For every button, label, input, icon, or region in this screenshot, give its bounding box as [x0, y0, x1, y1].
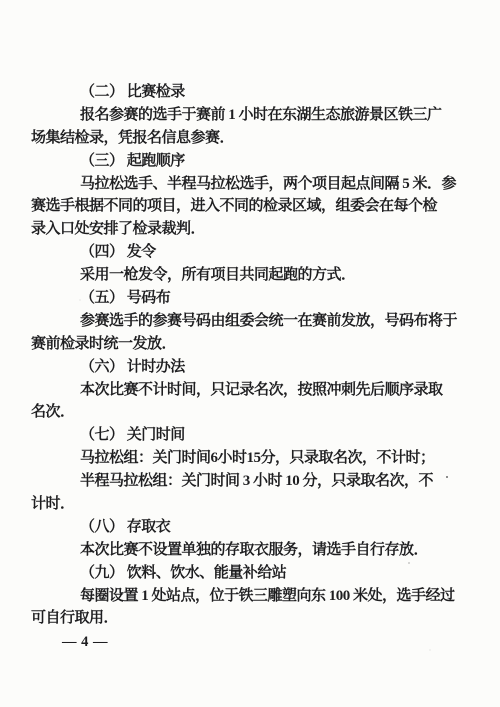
- document-text-block: （二） 比赛检录 报名参赛的选手于赛前 1 小时在东湖生态旅游景区铁三广 场集结…: [31, 81, 445, 630]
- section-heading: （二） 比赛检录: [31, 81, 445, 104]
- section-heading: （八） 存取衣: [31, 516, 445, 539]
- text-line: 马拉松选手、半程马拉松选手，两个项目起点间隔 5 米．参: [31, 173, 445, 196]
- text-line: 赛选手根据不同的项目，进入不同的检录区域，组委会在每个检: [31, 195, 445, 218]
- text-line: 半程马拉松组：关门时间 3 小时 10 分，只录取名次，不: [31, 470, 445, 493]
- text-line: 本次比赛不计时间，只记录名次，按照冲刺先后顺序录取: [31, 379, 445, 402]
- text-line: 每圈设置 1 处站点，位于铁三雕塑向东 100 米处，选手经过: [31, 585, 445, 608]
- text-line: 参赛选手的参赛号码由组委会统一在赛前发放，号码布将于: [31, 310, 445, 333]
- text-line: 录入口处安排了检录裁判．: [31, 218, 445, 241]
- section-heading: （七） 关门时间: [31, 424, 445, 447]
- text-line: 赛前检录时统一发放．: [31, 333, 445, 356]
- text-line: 报名参赛的选手于赛前 1 小时在东湖生态旅游景区铁三广: [31, 104, 445, 127]
- page-number: — 4 —: [62, 631, 108, 653]
- text-line: 计时．: [31, 493, 445, 516]
- section-heading: （六） 计时办法: [31, 356, 445, 379]
- text-line: 本次比赛不设置单独的存取衣服务，请选手自行存放．: [31, 539, 445, 562]
- scanned-document-page: （二） 比赛检录 报名参赛的选手于赛前 1 小时在东湖生态旅游景区铁三广 场集结…: [0, 0, 500, 707]
- text-line: 可自行取用．: [31, 607, 445, 630]
- text-line: 名次．: [31, 401, 445, 424]
- section-heading: （三） 起跑顺序: [31, 150, 445, 173]
- section-heading: （四） 发令: [31, 241, 445, 264]
- text-line: 场集结检录，凭报名信息参赛．: [31, 127, 445, 150]
- section-heading: （五） 号码布: [31, 287, 445, 310]
- text-line: 马拉松组：关门时间6小时15分，只录取名次，不计时；: [31, 447, 445, 470]
- text-line: 采用一枪发令，所有项目共同起跑的方式．: [31, 264, 445, 287]
- section-heading: （九） 饮料、饮水、能量补给站: [31, 562, 445, 585]
